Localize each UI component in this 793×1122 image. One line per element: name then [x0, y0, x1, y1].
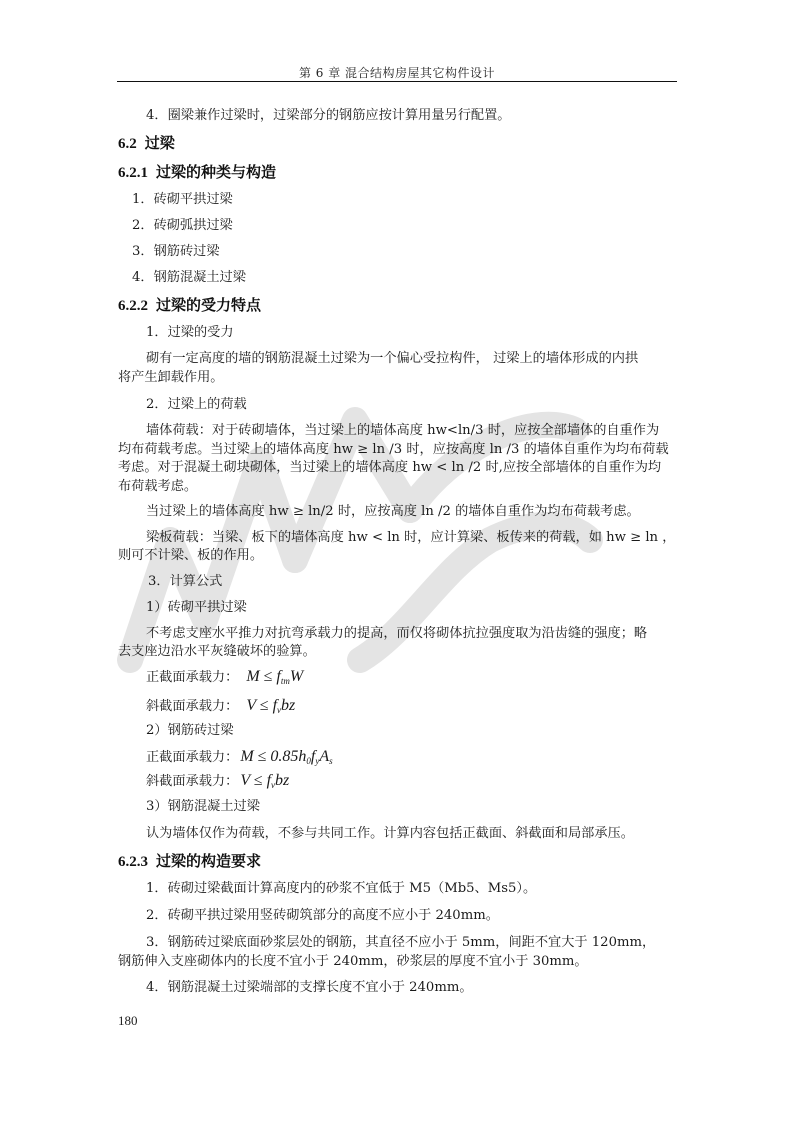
formula: M ≤ ftmW — [246, 668, 303, 685]
formula: M ≤ 0.85h0fyAs — [240, 748, 332, 765]
formula: V ≤ fvbz — [240, 772, 289, 789]
formula-part: bz — [275, 772, 289, 789]
formula-line: 正截面承载力：M ≤ 0.85h0fyAs — [118, 748, 706, 770]
requirement-item-continuation: 钢筋伸入支座砌体内的长度不宜小于 240mm，砂浆层的厚度不宜小于 30mm。 — [118, 953, 678, 971]
paragraph-line: 去支座边沿水平灰缝破坏的验算。 — [118, 643, 678, 661]
requirement-item: 1．砖砌过梁截面计算高度内的砂浆不宜低于 M5（Mb5、Ms5）。 — [118, 880, 706, 898]
list-item: 3．钢筋砖过梁 — [118, 243, 692, 261]
section-number: 6.2.3 — [118, 854, 148, 870]
paragraph-line: 考虑。对于混凝土砌块砌体，当过梁上的墙体高度 hw < ln /2 时,应按全部… — [118, 459, 678, 477]
section-number: 6.2.2 — [118, 298, 148, 314]
requirement-item: 4．钢筋混凝土过梁端部的支撑长度不宜小于 240mm。 — [118, 979, 706, 997]
section-heading-6-2: 6.2过梁 — [118, 133, 175, 154]
formula-group-label: 1）砖砌平拱过梁 — [118, 599, 706, 617]
formula-part: V ≤ f — [240, 772, 271, 789]
requirement-item: 3．钢筋砖过梁底面砂浆层处的钢筋，其直径不应小于 5mm，间距不宜大于 120m… — [118, 934, 706, 952]
section-number: 6.2.1 — [118, 165, 148, 181]
formula-line: 斜截面承载力：V ≤ fvbz — [118, 697, 706, 719]
section-heading-6-2-1: 6.2.1过梁的种类与构造 — [118, 162, 276, 183]
paragraph-line: 当过梁上的墙体高度 hw ≥ ln/2 时，应按高度 ln /2 的墙体自重作为… — [118, 503, 706, 521]
formula-part: W — [290, 668, 303, 685]
paragraph-line: 均布荷载考虑。当过梁上的墙体高度 hw ≥ ln /3 时，应按高度 ln /3… — [118, 441, 678, 459]
formula-part: V ≤ f — [246, 697, 277, 714]
page-number: 180 — [118, 1013, 138, 1029]
paragraph-line: 梁板荷载：当梁、板下的墙体高度 hw < ln 时，应计算梁、板传来的荷载，如 … — [118, 529, 706, 547]
formula-subscript: s — [329, 756, 333, 766]
requirement-item: 2．砖砌平拱过梁用竖砖砌筑部分的高度不应小于 240mm。 — [118, 907, 706, 925]
paragraph-line: 砌有一定高度的墙的钢筋混凝土过梁为一个偏心受拉构件， 过梁上的墙体形成的内拱 — [118, 350, 706, 368]
formula-part: A — [319, 748, 329, 765]
list-item: 2．砖砌弧拱过梁 — [118, 217, 692, 235]
formula-part: M ≤ f — [246, 668, 281, 685]
paragraph-line: 不考虑支座水平推力对抗弯承载力的提高，而仅将砌体抗拉强度取为沿齿缝的强度；略 — [118, 625, 706, 643]
formula-label: 斜截面承载力： — [146, 699, 238, 714]
formula-group-label: 3）钢筋混凝土过梁 — [118, 798, 706, 816]
formula-line: 斜截面承载力：V ≤ fvbz — [118, 772, 706, 794]
paragraph-line: 布荷载考虑。 — [118, 478, 678, 496]
section-title: 过梁的受力特点 — [156, 296, 261, 314]
running-head: 第 6 章 混合结构房屋其它构件设计 — [117, 64, 677, 81]
formula-group-label: 2）钢筋砖过梁 — [118, 722, 706, 740]
formula-label: 正截面承载力： — [146, 670, 238, 685]
paragraph-line: 则可不计梁、板的作用。 — [118, 547, 678, 565]
document-page: 第 6 章 混合结构房屋其它构件设计 4．圈梁兼作过梁时，过梁部分的钢筋应按计算… — [0, 0, 793, 1122]
formula-part: bz — [281, 697, 295, 714]
section-heading-6-2-3: 6.2.3过梁的构造要求 — [118, 851, 261, 872]
subsection-label: 1．过梁的受力 — [118, 324, 706, 342]
paragraph-line: 认为墙体仅作为荷载，不参与共同工作。计算内容包括正截面、斜截面和局部承压。 — [118, 825, 706, 843]
section-title: 过梁 — [145, 134, 175, 152]
subsection-label: 3．计算公式 — [118, 573, 708, 591]
formula: V ≤ fvbz — [246, 697, 295, 714]
paragraph-line: 墙体荷载：对于砖砌墙体，当过梁上的墙体高度 hw<ln/3 时，应按全部墙体的自… — [118, 422, 706, 440]
formula-line: 正截面承载力：M ≤ ftmW — [118, 668, 706, 690]
header-rule — [117, 81, 677, 82]
section-number: 6.2 — [118, 136, 137, 152]
list-item: 1．砖砌平拱过梁 — [118, 191, 692, 209]
formula-part: M ≤ 0.85h — [240, 748, 306, 765]
list-item: 4．钢筋混凝土过梁 — [118, 269, 692, 287]
formula-subscript: tm — [281, 676, 290, 686]
section-heading-6-2-2: 6.2.2过梁的受力特点 — [118, 295, 261, 316]
section-title: 过梁的种类与构造 — [156, 163, 276, 181]
intro-item: 4．圈梁兼作过梁时，过梁部分的钢筋应按计算用量另行配置。 — [118, 107, 706, 125]
paragraph-line: 将产生卸载作用。 — [118, 369, 678, 387]
formula-label: 斜截面承载力： — [146, 774, 238, 789]
formula-label: 正截面承载力： — [146, 750, 238, 765]
subsection-label: 2．过梁上的荷载 — [118, 396, 706, 414]
section-title: 过梁的构造要求 — [156, 852, 261, 870]
